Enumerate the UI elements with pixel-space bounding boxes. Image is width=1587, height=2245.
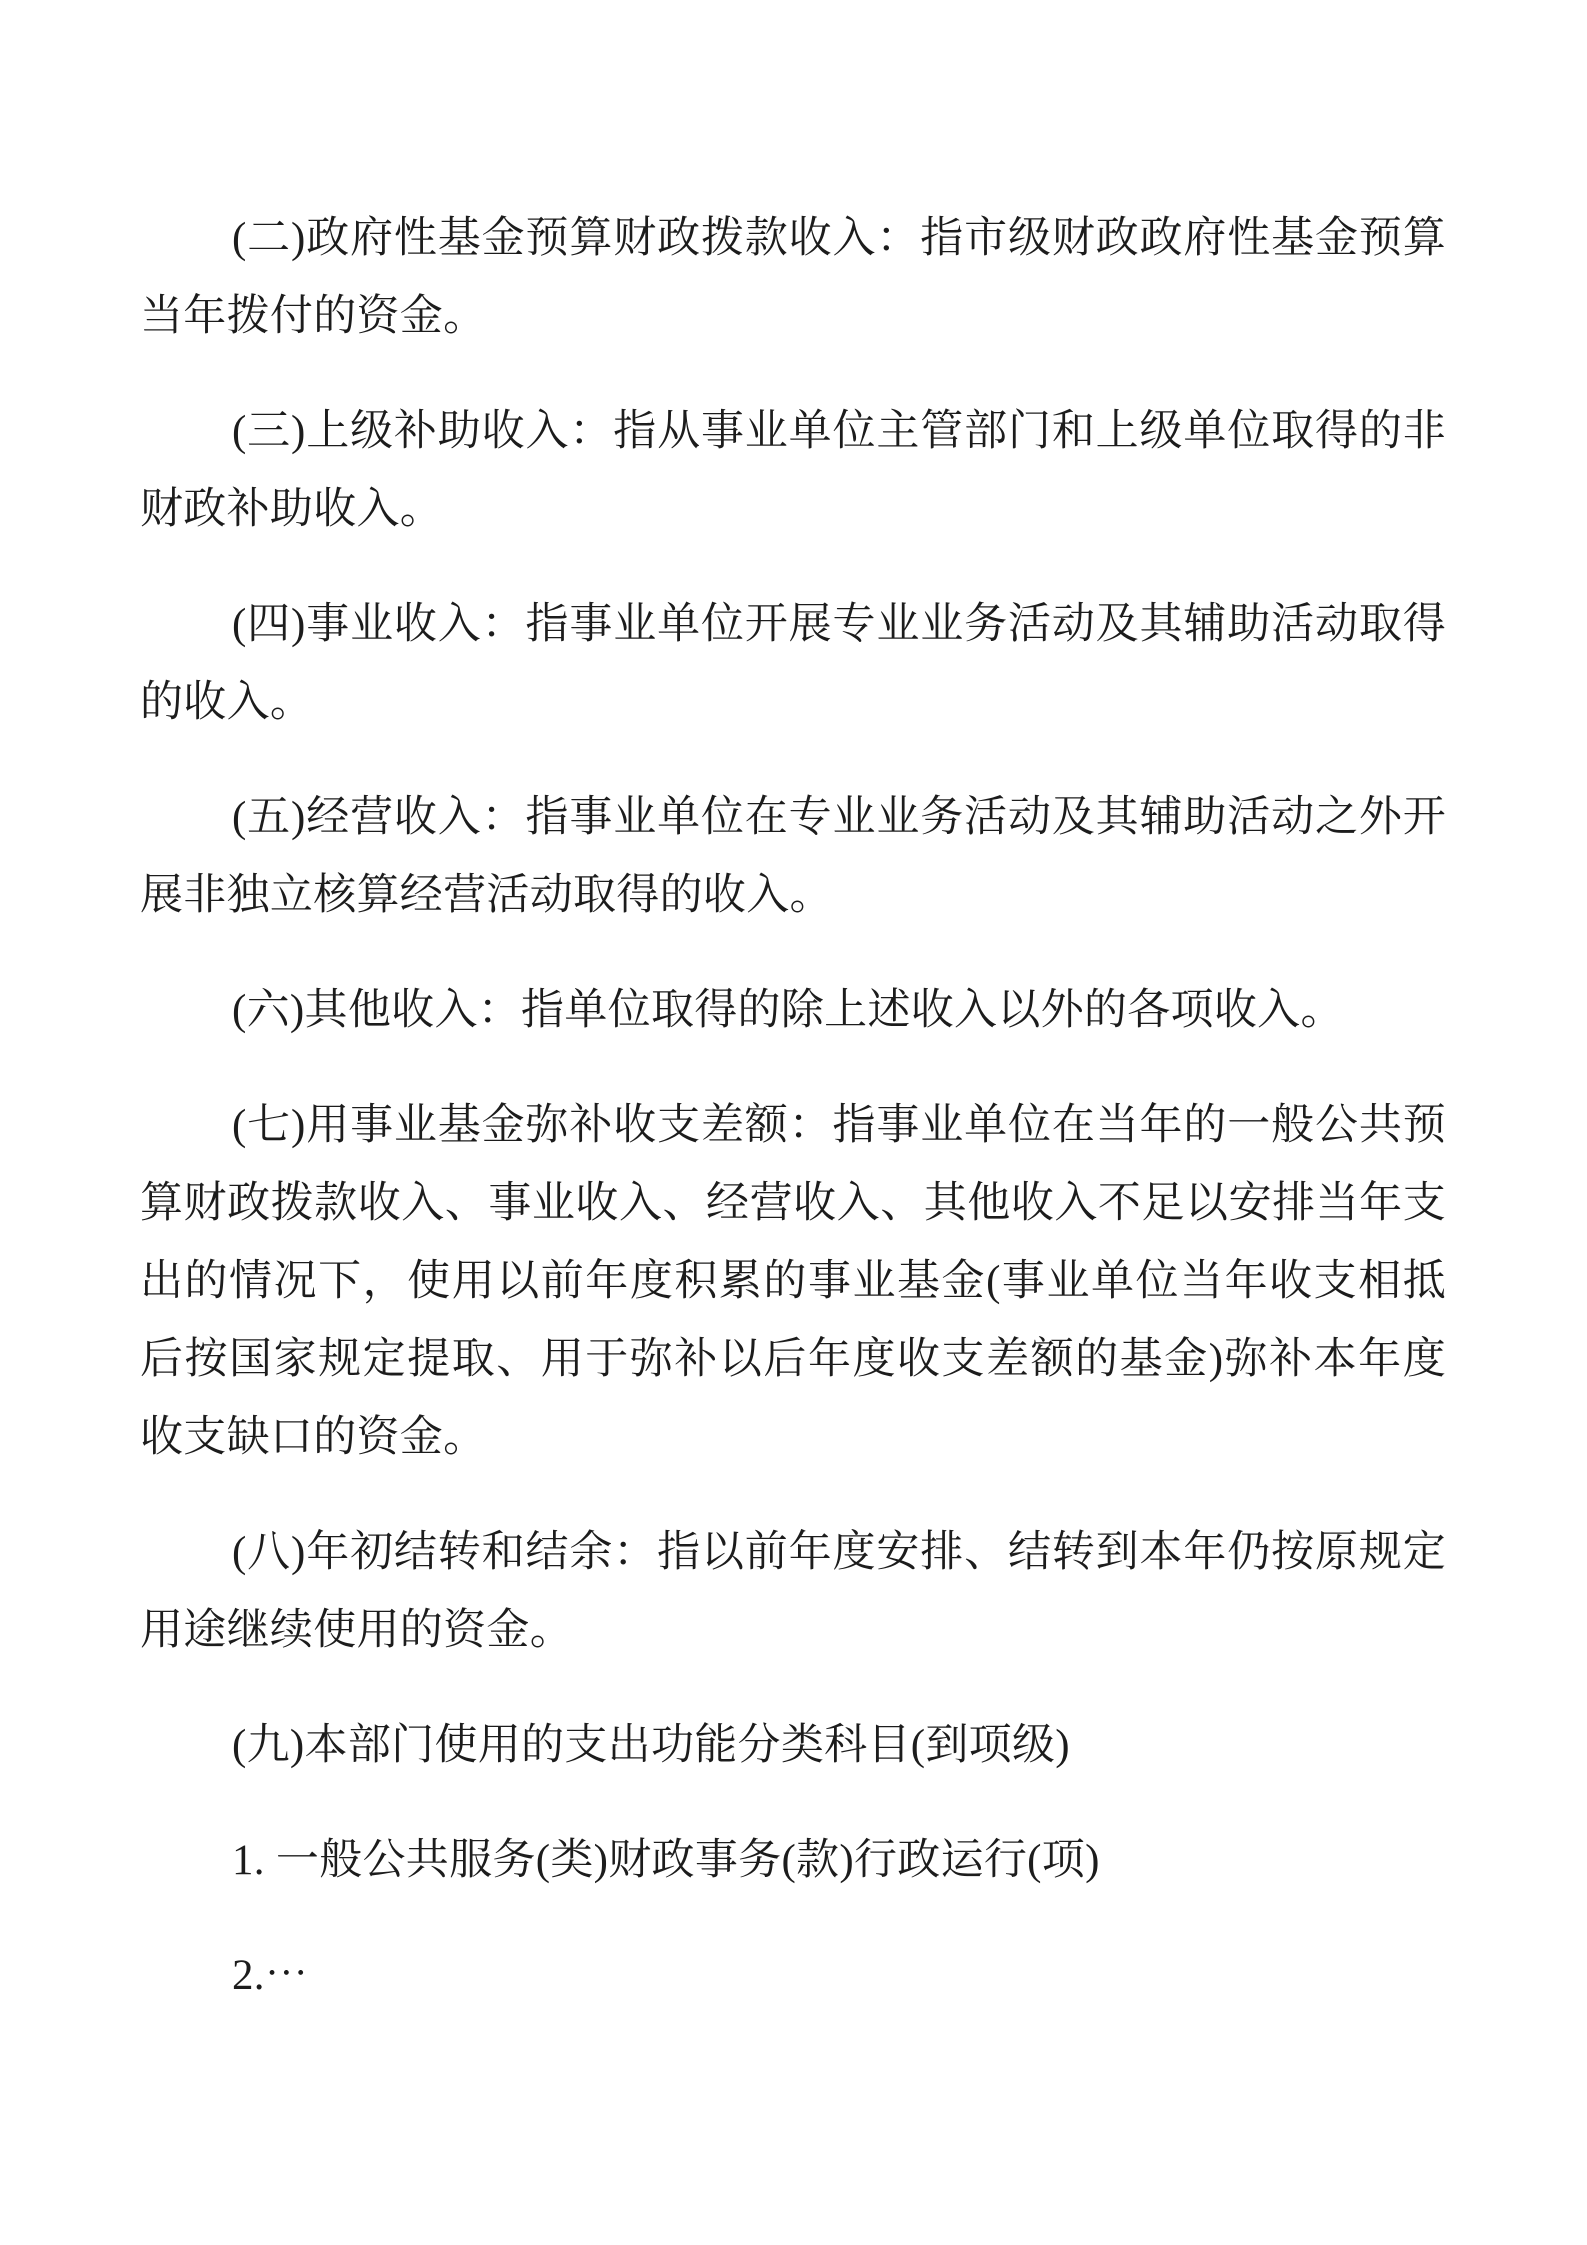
document-page: (二)政府性基金预算财政拨款收入：指市级财政政府性基金预算当年拨付的资金。 (三… — [0, 0, 1587, 2245]
paragraph-item-9: (九)本部门使用的支出功能分类科目(到项级) — [140, 1707, 1446, 1785]
paragraph-item-sub-2: 2.⋯ — [140, 1937, 1446, 2015]
paragraph-item-5: (五)经营收入：指事业单位在专业业务活动及其辅助活动之外开展非独立核算经营活动取… — [140, 779, 1446, 935]
paragraph-item-sub-1: 1. 一般公共服务(类)财政事务(款)行政运行(项) — [140, 1822, 1446, 1900]
paragraph-item-8: (八)年初结转和结余：指以前年度安排、结转到本年仍按原规定用途继续使用的资金。 — [140, 1514, 1446, 1670]
paragraph-item-6: (六)其他收入：指单位取得的除上述收入以外的各项收入。 — [140, 972, 1446, 1050]
paragraph-item-7: (七)用事业基金弥补收支差额：指事业单位在当年的一般公共预算财政拨款收入、事业收… — [140, 1087, 1446, 1477]
paragraph-item-4: (四)事业收入：指事业单位开展专业业务活动及其辅助活动取得的收入。 — [140, 586, 1446, 742]
paragraph-item-2: (二)政府性基金预算财政拨款收入：指市级财政政府性基金预算当年拨付的资金。 — [140, 200, 1446, 356]
paragraph-item-3: (三)上级补助收入：指从事业单位主管部门和上级单位取得的非财政补助收入。 — [140, 393, 1446, 549]
